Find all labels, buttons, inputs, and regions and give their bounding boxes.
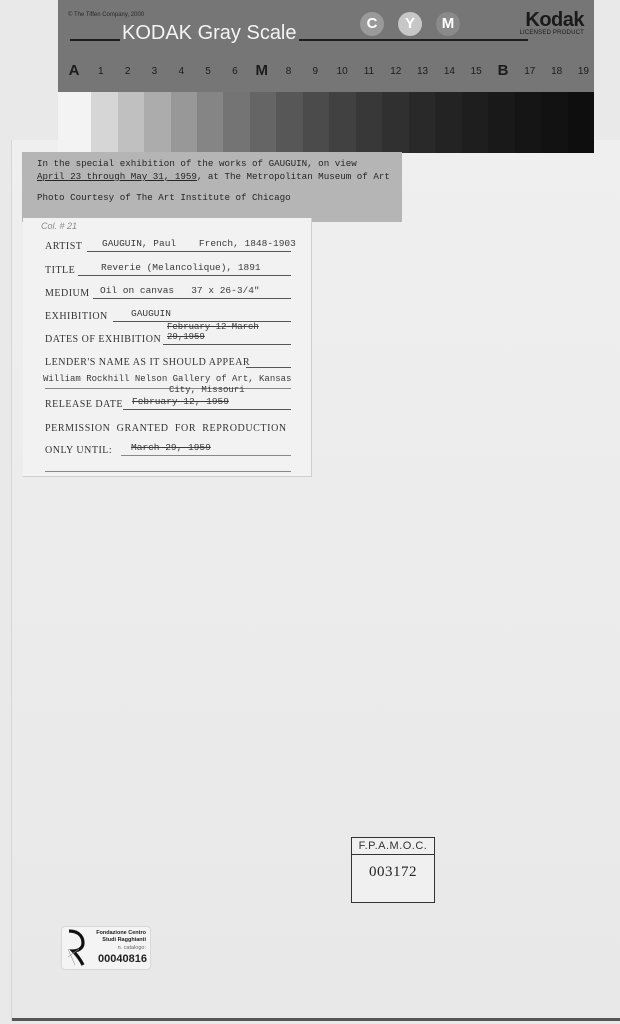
exhibition-label: EXHIBITION <box>45 311 108 322</box>
release-label: RELEASE DATE <box>45 399 123 410</box>
caption-line-1: In the special exhibition of the works o… <box>37 158 357 169</box>
ragghianti-logo-icon <box>65 929 87 967</box>
artist-label: ARTIST <box>45 241 82 252</box>
gray-patch <box>91 92 117 153</box>
dates-label: DATES OF EXHIBITION <box>45 334 161 345</box>
gray-patch <box>303 92 329 153</box>
gray-patch <box>541 92 567 153</box>
dates-row: DATES OF EXHIBITION February 12-March 29… <box>45 329 291 345</box>
foundation-name-line2: Studi Ragghianti <box>102 937 146 943</box>
gray-patches <box>58 92 594 153</box>
brand-name: Kodak <box>519 10 584 30</box>
gray-patch <box>58 92 91 153</box>
artist-row: ARTIST GAUGUIN, Paul French, 1848-1903 <box>45 236 291 252</box>
kodak-gray-scale-card: © The Tiffen Company, 2000 KODAK Gray Sc… <box>58 0 594 153</box>
catalog-number: 00040816 <box>98 953 147 965</box>
until-row: ONLY UNTIL: March 29, 1959 <box>45 440 291 456</box>
copyright-text: © The Tiffen Company, 2000 <box>68 12 144 18</box>
gray-patch <box>356 92 382 153</box>
scale-label: 17 <box>524 66 535 77</box>
scale-label: 1 <box>98 66 104 77</box>
exhibition-caption-label: In the special exhibition of the works o… <box>22 152 402 222</box>
exhibition-value: GAUGUIN <box>131 308 171 319</box>
release-value: February 12, 1959 <box>132 396 229 407</box>
gray-patch <box>568 92 594 153</box>
scale-label: 8 <box>286 66 292 77</box>
caption-venue: , at The Metropolitan Museum of Art <box>197 171 390 182</box>
fpamoc-stamp: F.P.A.M.O.C. 003172 <box>351 837 435 903</box>
scale-label: 4 <box>178 66 184 77</box>
loan-info-card: Col. # 21 ARTIST GAUGUIN, Paul French, 1… <box>23 218 312 477</box>
scale-label: M <box>255 62 268 79</box>
gray-scale-title: KODAK Gray Scale <box>120 22 299 45</box>
permission-label: PERMISSION GRANTED FOR REPRODUCTION <box>45 423 287 434</box>
catalog-sticker: Fondazione Centro Studi Ragghianti n. ca… <box>61 926 151 970</box>
artist-value: GAUGUIN, Paul French, 1848-1903 <box>102 238 296 249</box>
scale-label: 5 <box>205 66 211 77</box>
caption-line-2: April 23 through May 31, 1959, at The Me… <box>37 171 390 182</box>
gray-patch <box>250 92 276 153</box>
cyan-mark-icon: C <box>360 12 384 36</box>
caption-dates: April 23 through May 31, 1959 <box>37 171 197 182</box>
gray-patch <box>382 92 408 153</box>
scale-label: 15 <box>471 66 482 77</box>
release-row: RELEASE DATE February 12, 1959 <box>45 394 291 410</box>
until-label: ONLY UNTIL: <box>45 445 112 456</box>
scale-label: 19 <box>578 66 589 77</box>
medium-row: MEDIUM Oil on canvas 37 x 26-3/4" <box>45 283 291 299</box>
kodak-logo: Kodak LICENSED PRODUCT <box>519 10 584 36</box>
scale-label: 10 <box>337 66 348 77</box>
gray-patch <box>488 92 514 153</box>
catalog-label: n. catalogo: <box>118 945 146 951</box>
stamp-number: 003172 <box>352 864 434 881</box>
exhibition-row: EXHIBITION GAUGUIN <box>45 306 291 322</box>
scale-label: 18 <box>551 66 562 77</box>
gray-patch <box>118 92 144 153</box>
gray-patch <box>197 92 223 153</box>
dates-value: February 12-March 29,1959 <box>167 322 291 342</box>
brand-subtitle: LICENSED PRODUCT <box>519 30 584 36</box>
gray-patch <box>515 92 541 153</box>
gray-patch <box>409 92 435 153</box>
scale-label: 14 <box>444 66 455 77</box>
magenta-mark-icon: M <box>436 12 460 36</box>
scale-label: A <box>69 62 80 79</box>
gray-patch <box>329 92 355 153</box>
stamp-header: F.P.A.M.O.C. <box>352 838 434 855</box>
title-row: TITLE Reverie (Melancolique), 1891 <box>45 260 291 276</box>
gray-patch <box>462 92 488 153</box>
caption-credit: Photo Courtesy of The Art Institute of C… <box>37 192 291 203</box>
gray-patch <box>276 92 302 153</box>
scale-label: B <box>498 62 509 79</box>
scale-label: 9 <box>313 66 319 77</box>
foundation-name-line1: Fondazione Centro <box>96 930 146 936</box>
scale-labels: A123456M89101112131415B171819 <box>66 62 586 82</box>
scale-label: 12 <box>390 66 401 77</box>
title-label: TITLE <box>45 265 75 276</box>
medium-label: MEDIUM <box>45 288 90 299</box>
handwritten-note: Col. # 21 <box>41 221 77 231</box>
scale-label: 2 <box>125 66 131 77</box>
gray-patch <box>223 92 249 153</box>
lender-row: LENDER'S NAME AS IT SHOULD APPEAR <box>45 352 291 368</box>
scale-label: 13 <box>417 66 428 77</box>
gray-patch <box>171 92 197 153</box>
yellow-mark-icon: Y <box>398 12 422 36</box>
scale-label: 11 <box>364 66 374 77</box>
until-value: March 29, 1959 <box>131 442 211 453</box>
scale-label: 3 <box>152 66 158 77</box>
lender-value-line1: William Rockhill Nelson Gallery of Art, … <box>43 374 291 384</box>
gray-patch <box>144 92 170 153</box>
lender-label: LENDER'S NAME AS IT SHOULD APPEAR <box>45 357 250 368</box>
gray-patch <box>435 92 461 153</box>
title-value: Reverie (Melancolique), 1891 <box>101 262 261 273</box>
permission-row: PERMISSION GRANTED FOR REPRODUCTION <box>45 418 291 434</box>
medium-value: Oil on canvas 37 x 26-3/4" <box>100 285 260 296</box>
scale-label: 6 <box>232 66 238 77</box>
